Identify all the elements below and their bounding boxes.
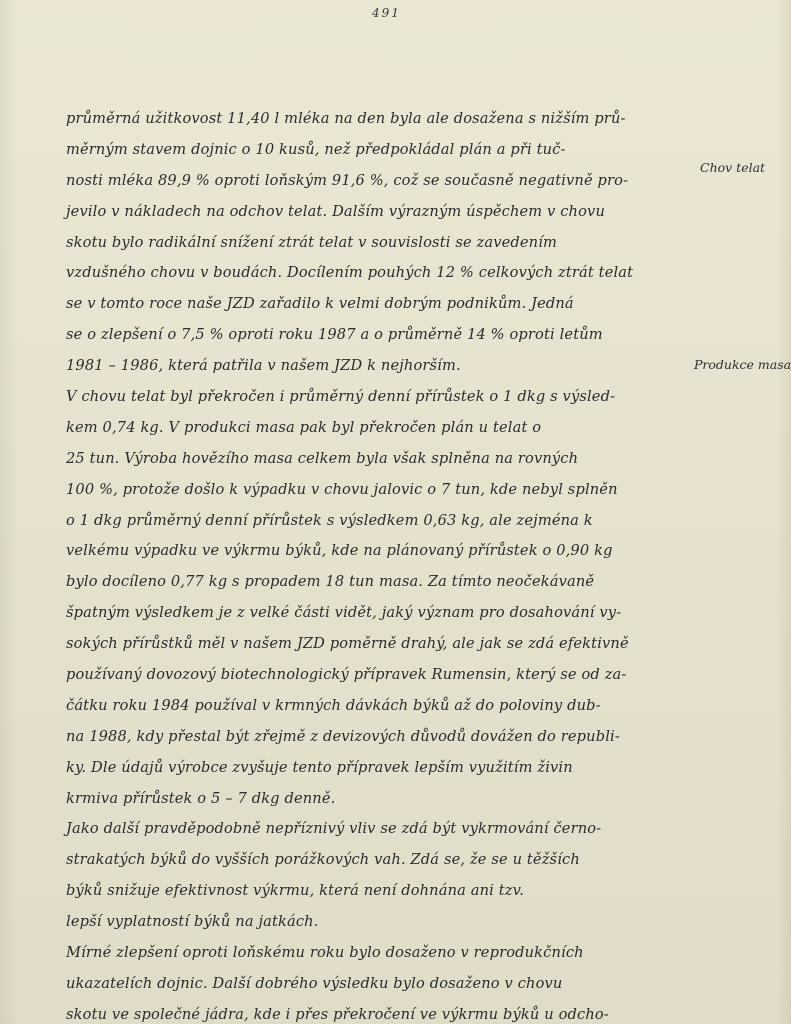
text-line: krmiva přírůstek o 5 – 7 dkg denně. bbox=[66, 784, 676, 815]
margin-note-chov-telat: Chov telat bbox=[700, 160, 765, 175]
text-line: skotu bylo radikální snížení ztrát telat… bbox=[66, 228, 676, 259]
text-line: skotu ve společné jádra, kde i přes přek… bbox=[66, 1000, 676, 1024]
text-line: býků snižuje efektivnost výkrmu, která n… bbox=[66, 876, 676, 907]
text-line: kem 0,74 kg. V produkci masa pak byl pře… bbox=[66, 413, 676, 444]
text-line: velkému výpadku ve výkrmu býků, kde na p… bbox=[66, 536, 676, 567]
text-line: lepší vyplatností býků na jatkách. bbox=[66, 907, 676, 938]
text-line: používaný dovozový biotechnologický příp… bbox=[66, 660, 676, 691]
margin-note-produkce-masa: Produkce masa bbox=[694, 357, 791, 372]
text-line: 25 tun. Výroba hovězího masa celkem byla… bbox=[66, 444, 676, 475]
text-line: měrným stavem dojnic o 10 kusů, než před… bbox=[66, 135, 676, 166]
text-line: sokých přírůstků měl v našem JZD poměrně… bbox=[66, 629, 676, 660]
text-line: vzdušného chovu v boudách. Docílením pou… bbox=[66, 258, 676, 289]
handwritten-body: průměrná užitkovost 11,40 l mléka na den… bbox=[66, 104, 676, 1024]
text-line: ky. Dle údajů výrobce zvyšuje tento příp… bbox=[66, 753, 676, 784]
text-line: jevilo v nákladech na odchov telat. Dalš… bbox=[66, 197, 676, 228]
text-line: se v tomto roce naše JZD zařadilo k velm… bbox=[66, 289, 676, 320]
text-line: Jako další pravděpodobně nepříznivý vliv… bbox=[66, 814, 676, 845]
text-line: se o zlepšení o 7,5 % oproti roku 1987 a… bbox=[66, 320, 676, 351]
text-line: V chovu telat byl překročen i průměrný d… bbox=[66, 382, 676, 413]
text-line: na 1988, kdy přestal být zřejmě z devizo… bbox=[66, 722, 676, 753]
text-line: 1981 – 1986, která patřila v našem JZD k… bbox=[66, 351, 676, 382]
text-line: 100 %, protože došlo k výpadku v chovu j… bbox=[66, 475, 676, 506]
text-line: špatným výsledkem je z velké části vidět… bbox=[66, 598, 676, 629]
text-line: čátku roku 1984 používal v krmných dávká… bbox=[66, 691, 676, 722]
text-line: bylo docíleno 0,77 kg s propadem 18 tun … bbox=[66, 567, 676, 598]
text-line: ukazatelích dojnic. Další dobrého výsled… bbox=[66, 969, 676, 1000]
page-number: 491 bbox=[372, 6, 401, 20]
text-line: o 1 dkg průměrný denní přírůstek s výsle… bbox=[66, 506, 676, 537]
text-line: průměrná užitkovost 11,40 l mléka na den… bbox=[66, 104, 676, 135]
text-line: Mírné zlepšení oproti loňskému roku bylo… bbox=[66, 938, 676, 969]
text-line: strakatých býků do vyšších porážkových v… bbox=[66, 845, 676, 876]
text-line: nosti mléka 89,9 % oproti loňským 91,6 %… bbox=[66, 166, 676, 197]
manuscript-page: 491 Chov telat Produkce masa průměrná už… bbox=[0, 0, 791, 1024]
